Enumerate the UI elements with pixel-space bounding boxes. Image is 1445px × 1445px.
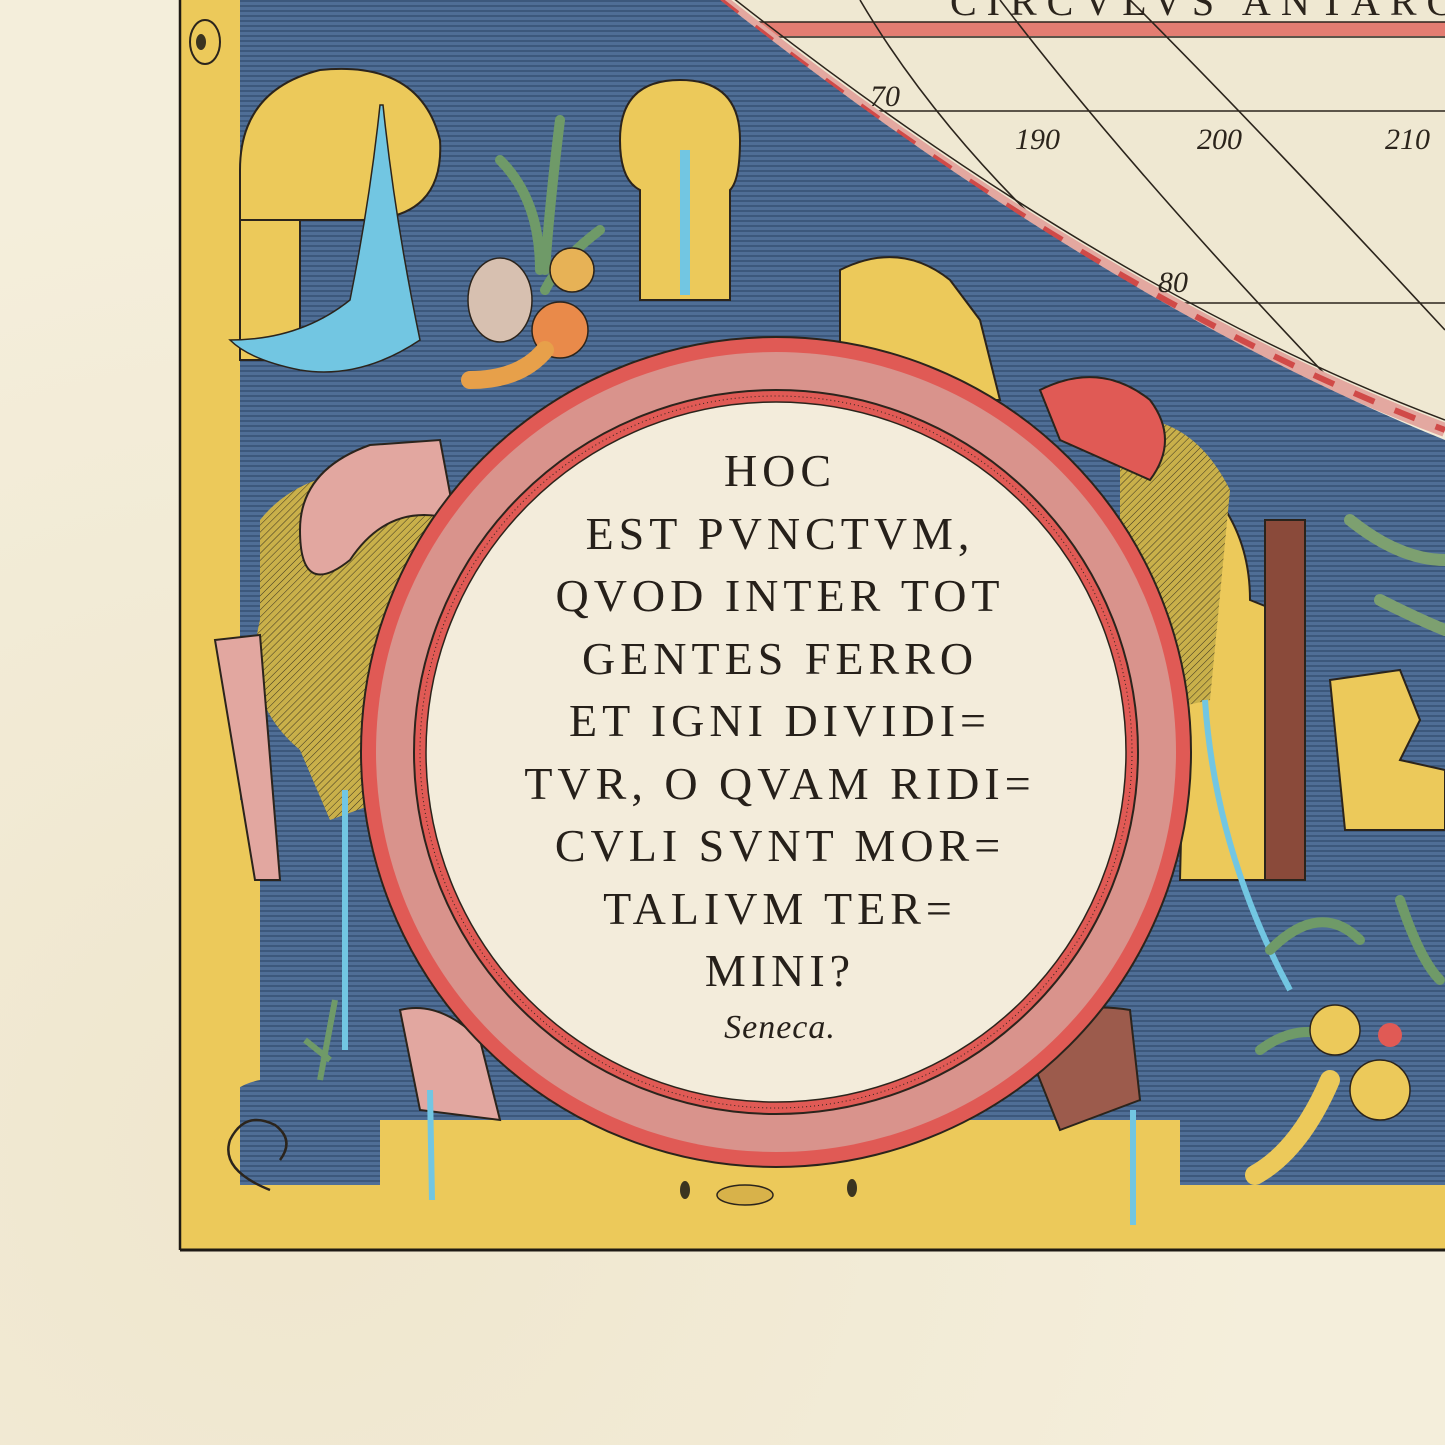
inscription-line: EST PVNCTVM, (470, 503, 1090, 566)
inscription-line: GENTES FERRO (470, 628, 1090, 691)
inscription-line: ET IGNI DIVIDI= (470, 690, 1090, 753)
cartouche-inscription: HOC EST PVNCTVM, QVOD INTER TOT GENTES F… (470, 440, 1090, 1047)
antarctic-circle-label: CIRCVLVS ANTARC (950, 0, 1445, 25)
inscription-line: HOC (470, 440, 1090, 503)
inscription-line: CVLI SVNT MOR= (470, 815, 1090, 878)
longitude-label-200: 200 (1197, 123, 1242, 157)
inscription-line: MINI? (470, 940, 1090, 1003)
inscription-line: QVOD INTER TOT (470, 565, 1090, 628)
inscription-line: TVR, O QVAM RIDI= (470, 753, 1090, 816)
inscription-attribution: Seneca. (470, 1009, 1090, 1047)
longitude-label-190: 190 (1015, 123, 1060, 157)
longitude-label-210: 210 (1385, 123, 1430, 157)
inscription-line: TALIVM TER= (470, 878, 1090, 941)
latitude-label-70: 70 (870, 80, 900, 114)
latitude-label-80: 80 (1158, 266, 1188, 300)
